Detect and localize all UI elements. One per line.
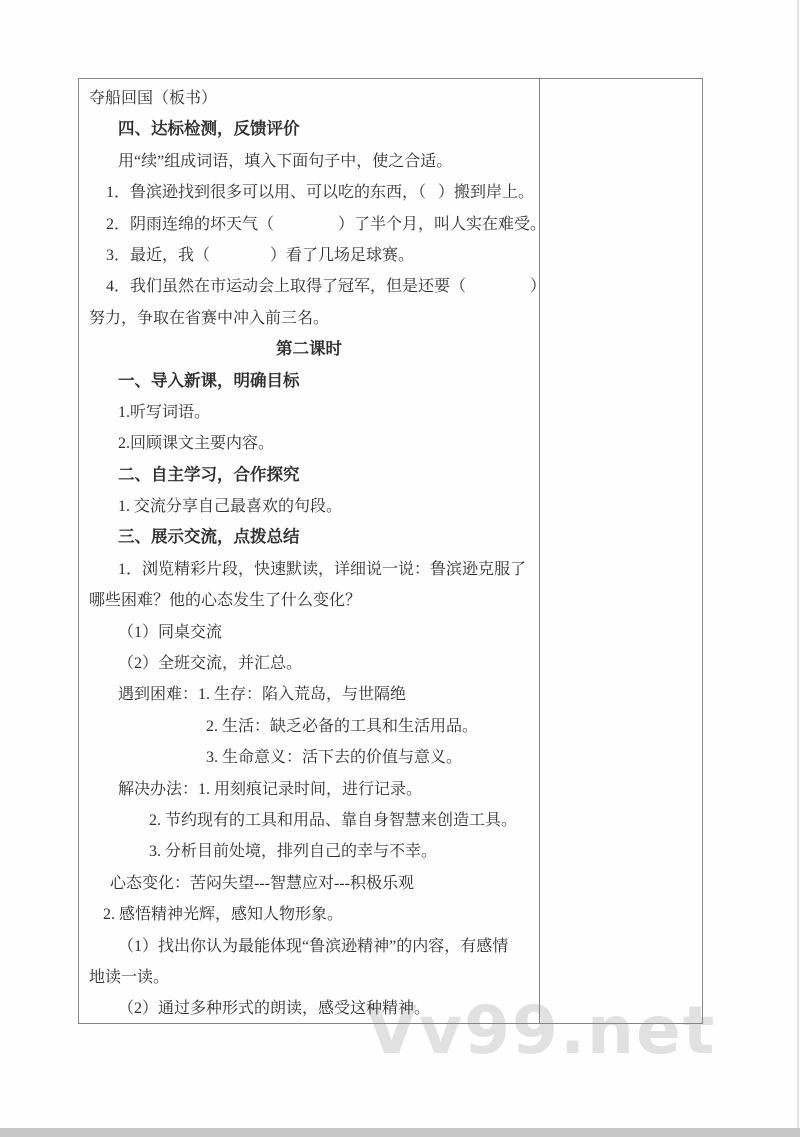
page-right-edge	[797, 0, 799, 1137]
text-line: 2．阴雨连绵的坏天气（ ）了半个月，叫人实在难受。	[89, 209, 539, 240]
text-line: 遇到困难：1. 生存：陷入荒岛，与世隔绝	[89, 679, 539, 710]
bottom-edge-bar	[0, 1128, 800, 1137]
text-line: 哪些困难？他的心态发生了什么变化？	[89, 585, 539, 616]
text-line: 1. 交流分享自己最喜欢的句段。	[89, 491, 539, 522]
text-line: （2）全班交流，并汇总。	[89, 648, 539, 679]
text-line: 3. 生命意义：活下去的价值与意义。	[89, 742, 539, 773]
text-line: （1）找出你认为最能体现“鲁滨逊精神”的内容，有感情	[89, 931, 539, 962]
lesson-plan-main-cell: 夺船回国（板书）四、达标检测，反馈评价用“续”组成词语，填入下面句子中，使之合适…	[79, 79, 540, 1023]
text-line: 地读一读。	[89, 962, 539, 993]
page: Vv99.net 夺船回国（板书）四、达标检测，反馈评价用“续”组成词语，填入下…	[0, 0, 800, 1137]
text-line: （2）通过多种形式的朗读，感受这种精神。	[89, 993, 539, 1024]
text-line: （1）同桌交流	[89, 617, 539, 648]
text-line: 一、导入新课，明确目标	[89, 366, 539, 397]
text-line: 第二课时	[89, 334, 539, 365]
text-line: 1．浏览精彩片段，快速默读，详细说一说：鲁滨逊克服了	[89, 554, 539, 585]
text-line: 2. 感悟精神光辉，感知人物形象。	[89, 899, 539, 930]
lesson-plan-empty-cell	[540, 79, 702, 1023]
text-line: 四、达标检测，反馈评价	[89, 114, 539, 145]
lesson-plan-table: 夺船回国（板书）四、达标检测，反馈评价用“续”组成词语，填入下面句子中，使之合适…	[78, 78, 703, 1024]
text-line: 4．我们虽然在市运动会上取得了冠军，但是还要（ ）	[89, 271, 539, 302]
text-line: 夺船回国（板书）	[89, 83, 539, 114]
text-line: 2. 生活：缺乏必备的工具和生活用品。	[89, 711, 539, 742]
text-line: 2.回顾课文主要内容。	[89, 428, 539, 459]
text-line: 1.听写词语。	[89, 397, 539, 428]
text-line: 解决办法：1. 用刻痕记录时间，进行记录。	[89, 774, 539, 805]
text-line: 努力，争取在省赛中冲入前三名。	[89, 303, 539, 334]
text-line: 二、自主学习，合作探究	[89, 460, 539, 491]
text-line: 1．鲁滨逊找到很多可以用、可以吃的东西，（ ）搬到岸上。	[89, 177, 539, 208]
text-line: 用“续”组成词语，填入下面句子中，使之合适。	[89, 146, 539, 177]
text-line: 3．最近，我（ ）看了几场足球赛。	[89, 240, 539, 271]
text-line: 2. 节约现有的工具和用品、靠自身智慧来创造工具。	[89, 805, 539, 836]
text-line: 心态变化：苦闷失望---智慧应对---积极乐观	[89, 868, 539, 899]
text-line: 3. 分析目前处境，排列自己的幸与不幸。	[89, 836, 539, 867]
text-line: 三、展示交流，点拨总结	[89, 522, 539, 553]
